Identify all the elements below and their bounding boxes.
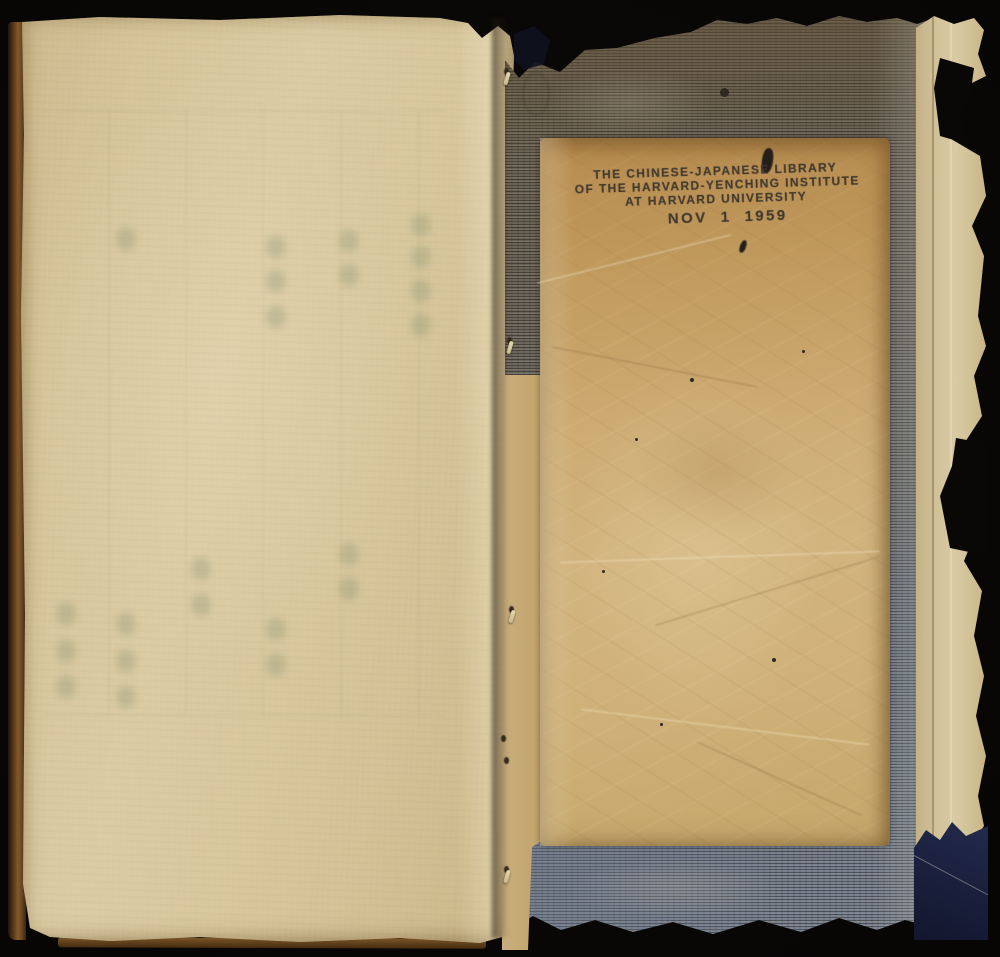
ink-speck: [635, 438, 638, 441]
bleedthrough-character-smudge: [336, 539, 362, 569]
bleedthrough-character-smudge: [53, 672, 79, 702]
crease-line: [932, 16, 934, 846]
gutter-shadow: [492, 18, 508, 938]
bleedthrough-character-smudge: [53, 599, 79, 629]
bleedthrough-character-smudge: [113, 609, 139, 639]
panel-highlight: [540, 138, 574, 846]
left-page: [20, 14, 518, 943]
bleedthrough-character-smudge: [263, 266, 289, 296]
crease-line: [950, 16, 952, 846]
bleedthrough-character-smudge: [408, 310, 434, 340]
crease-line: [697, 741, 862, 816]
bleedthrough-character-smudge: [336, 260, 362, 290]
bleedthrough-column-line: [108, 110, 110, 714]
bleedthrough-character-smudge: [113, 646, 139, 676]
ink-speck: [772, 658, 776, 662]
navy-cover-corner: [914, 818, 988, 940]
ink-speck: [690, 378, 694, 382]
bleedthrough-character-smudge: [263, 302, 289, 332]
fabric-worn-patch: [565, 858, 785, 918]
bleedthrough-character-smudge: [408, 276, 434, 306]
ink-speck: [660, 723, 663, 726]
torn-navy-fragment: [514, 26, 550, 70]
crease-line: [655, 556, 880, 626]
bleedthrough-character-smudge: [113, 224, 139, 254]
bleedthrough-column-line: [340, 110, 342, 714]
stitch-hole: [501, 735, 506, 742]
crease-line: [581, 708, 869, 745]
ink-speck: [720, 88, 729, 97]
ink-speck: [802, 350, 805, 353]
bleedthrough-character-smudge: [188, 590, 214, 620]
bleedthrough-character-smudge: [188, 554, 214, 584]
bleedthrough-character-smudge: [336, 574, 362, 604]
bleedthrough-column-line: [418, 110, 420, 714]
bleedthrough-character-smudge: [263, 232, 289, 262]
bleedthrough-frame-line: [45, 714, 445, 716]
library-stamp: THE CHINESE-JAPANESE LIBRARY OF THE HARV…: [574, 160, 858, 232]
bleedthrough-text: [20, 14, 518, 943]
pastedown-label: THE CHINESE-JAPANESE LIBRARY OF THE HARV…: [540, 138, 890, 846]
fabric-worn-patch: [545, 68, 715, 138]
bleedthrough-character-smudge: [263, 614, 289, 644]
torn-edge-strip: [916, 16, 988, 846]
crease-line: [911, 854, 995, 899]
bleedthrough-character-smudge: [113, 682, 139, 712]
bleedthrough-character-smudge: [53, 636, 79, 666]
ink-speck: [602, 570, 605, 573]
crease-line: [560, 550, 880, 563]
inside-back-cover: THE CHINESE-JAPANESE LIBRARY OF THE HARV…: [496, 0, 1000, 957]
book-scan: THE CHINESE-JAPANESE LIBRARY OF THE HARV…: [0, 0, 1000, 957]
tear-hole: [934, 58, 974, 144]
bleedthrough-column-line: [185, 110, 187, 714]
bleedthrough-character-smudge: [408, 210, 434, 240]
bleedthrough-frame-line: [45, 110, 445, 112]
bleedthrough-character-smudge: [263, 650, 289, 680]
bleedthrough-character-smudge: [408, 242, 434, 272]
stitch-hole: [504, 757, 509, 764]
faint-ring-mark: [522, 72, 550, 116]
panel-stain: [630, 408, 800, 538]
bleedthrough-character-smudge: [336, 226, 362, 256]
